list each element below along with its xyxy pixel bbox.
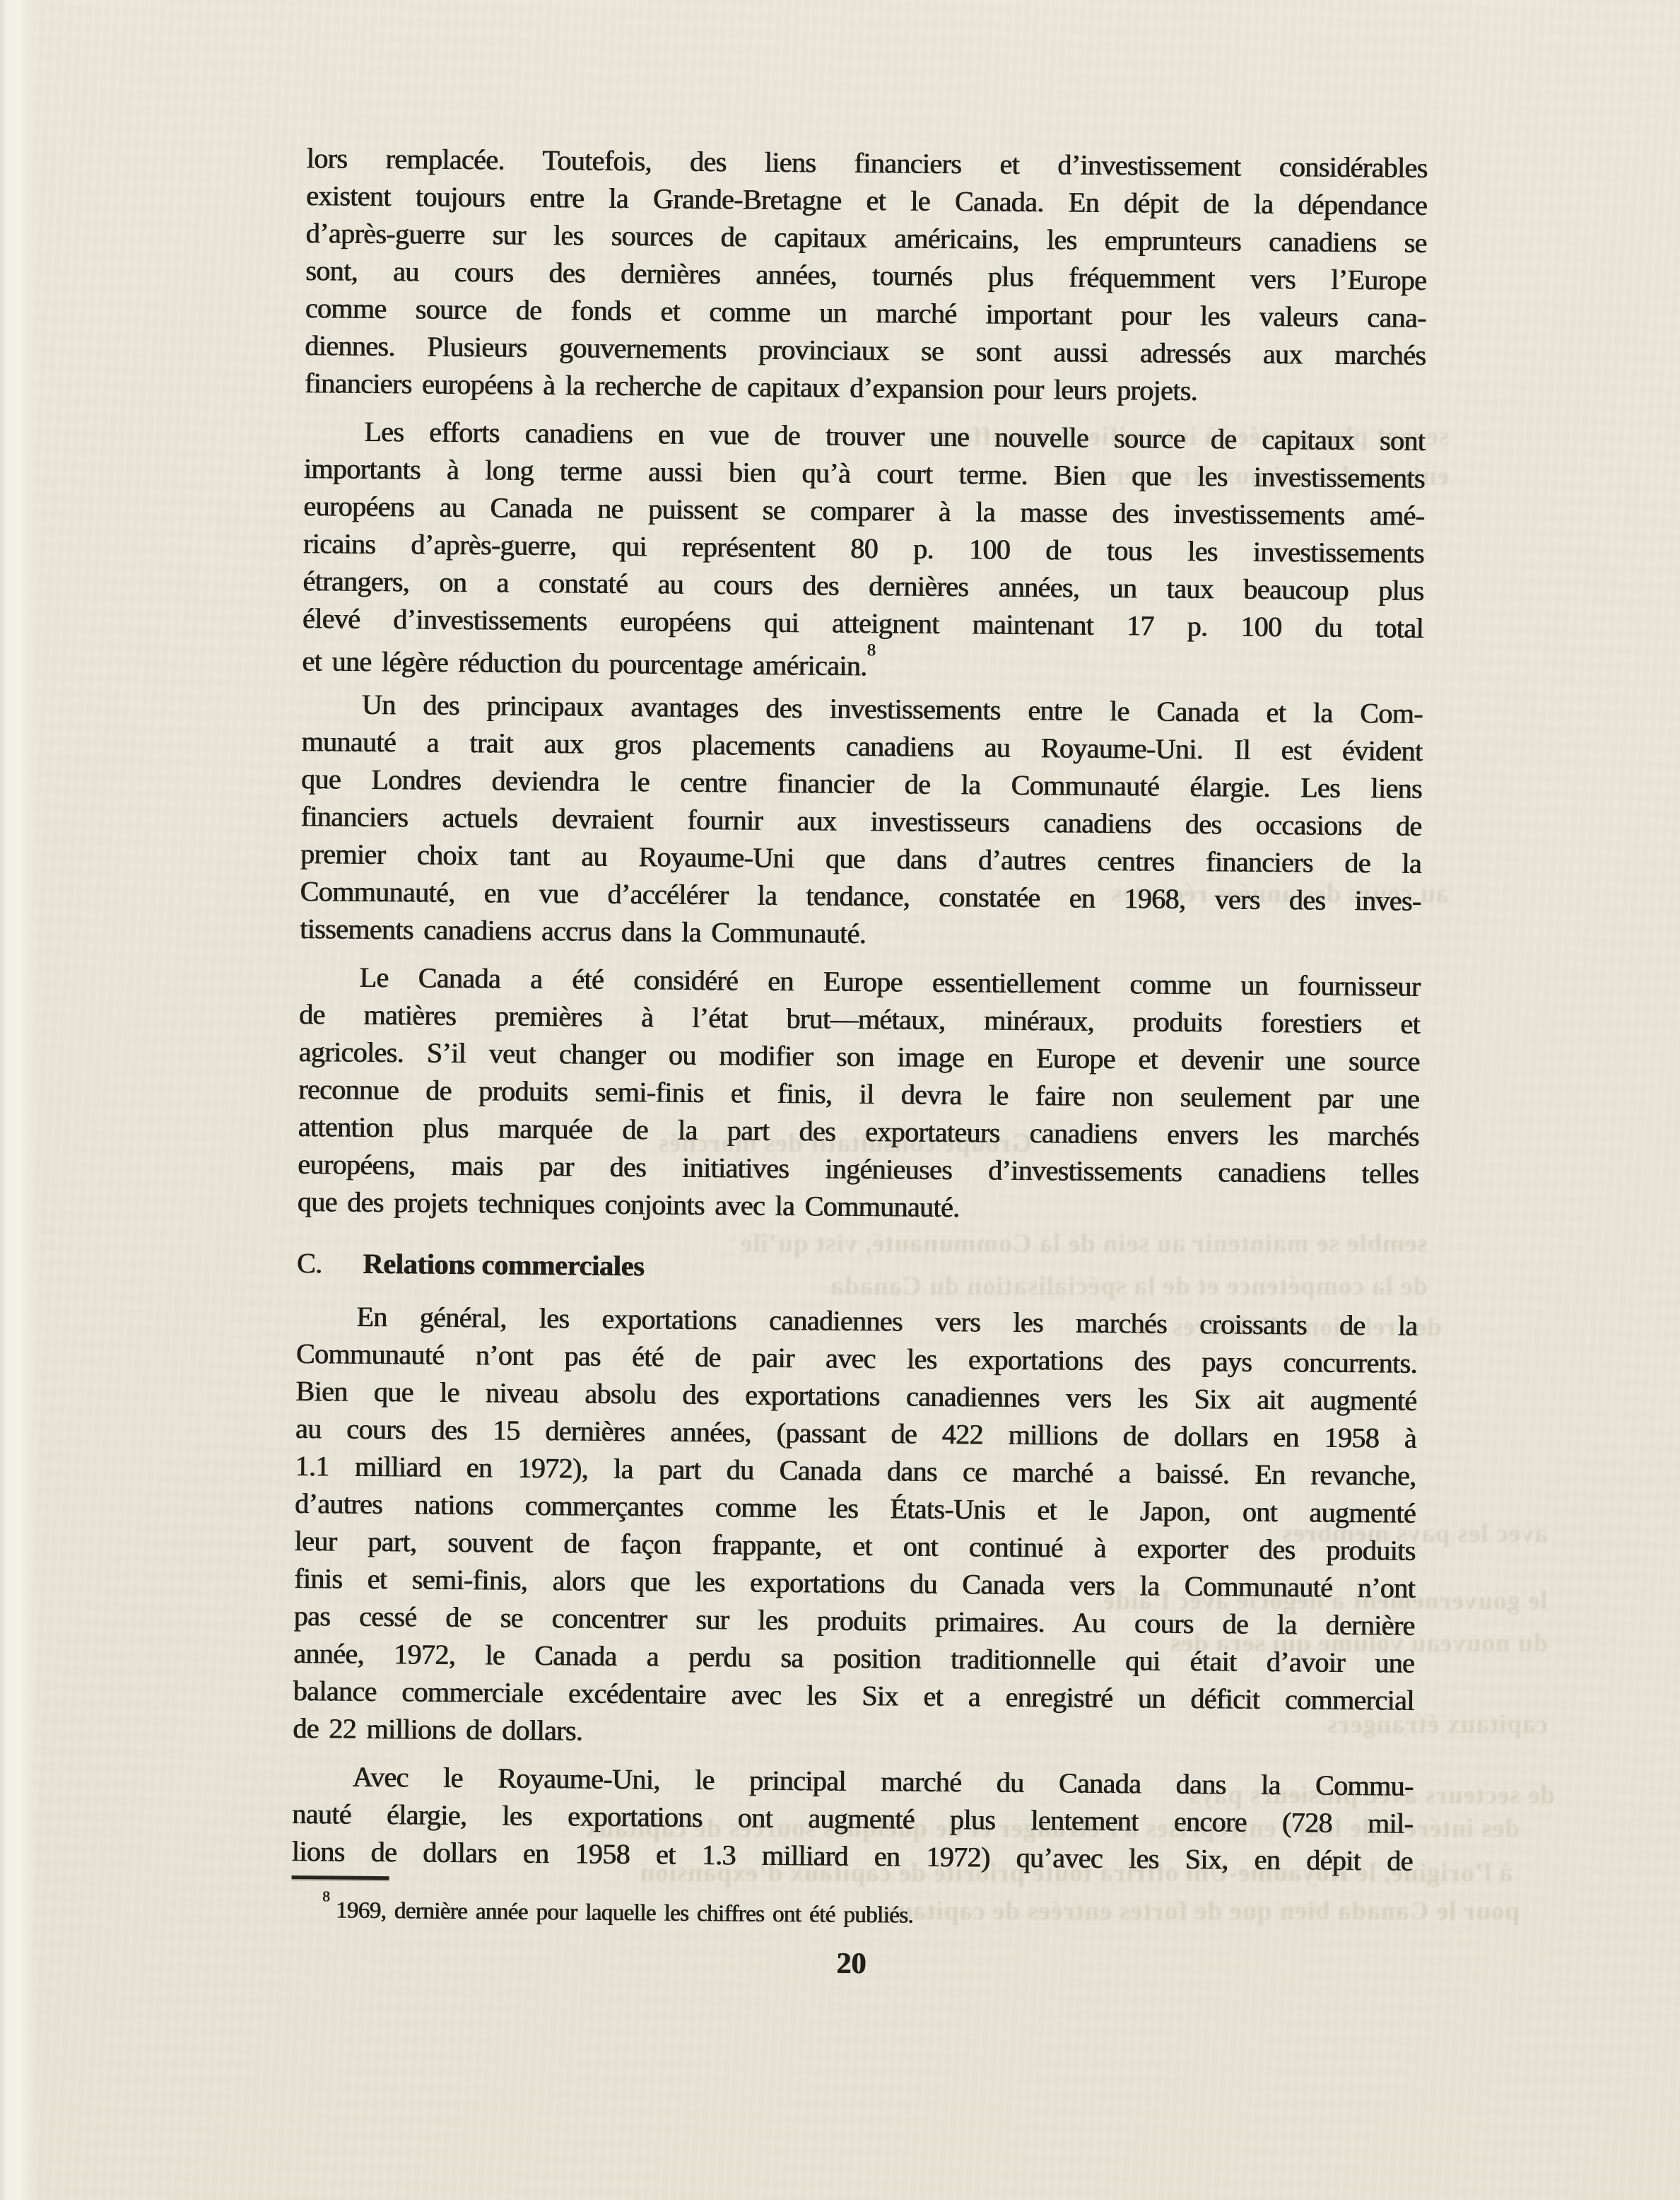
section-heading: C.Relations commerciales	[297, 1244, 1418, 1292]
paragraph: Le Canada a été considéré en Europe esse…	[298, 958, 1421, 1230]
paragraph: Les efforts canadiens en vue de trouver …	[302, 412, 1425, 684]
footnote-reference: 8	[867, 641, 876, 660]
footnote-text: 1969, dernière année pour laquelle les c…	[336, 1897, 913, 1928]
footnote-marker: 8	[322, 1888, 329, 1904]
footnote-divider	[292, 1876, 389, 1880]
paragraph: lors remplacée. Toutefois, des liens fin…	[305, 139, 1428, 411]
body-paragraphs: lors remplacée. Toutefois, des liens fin…	[292, 139, 1428, 1880]
page-number: 20	[290, 1942, 1411, 1986]
scanned-book-page: seront plus portées à intensifier leurs …	[0, 0, 1680, 2200]
paragraph: Un des principaux avantages des investis…	[300, 685, 1423, 957]
paragraph: Avec le Royaume-Uni, le principal marché…	[292, 1757, 1414, 1880]
section-letter: C.	[297, 1244, 322, 1282]
page-left-edge	[0, 0, 40, 2200]
paragraph: En général, les exportations canadiennes…	[293, 1297, 1417, 1757]
text-block: lors remplacée. Toutefois, des liens fin…	[290, 139, 1428, 1986]
section-title: Relations commerciales	[363, 1248, 644, 1282]
footnote: 81969, dernière année pour laquelle les …	[291, 1888, 1412, 1936]
